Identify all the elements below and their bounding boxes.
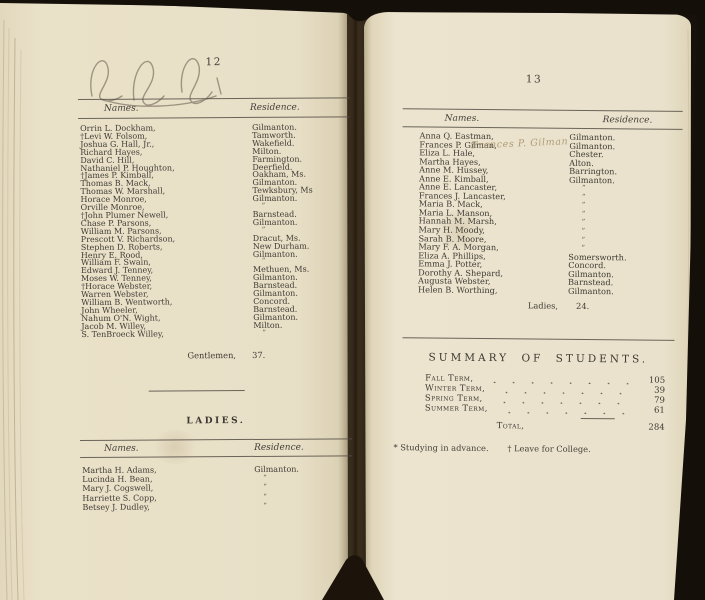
residence-ditto-mark: ” [569, 227, 587, 236]
total-label: Total, [497, 421, 525, 431]
residence-ditto-mark: ” [569, 193, 587, 202]
footnotes: * Studying in advance. † Leave for Colle… [393, 442, 683, 455]
footnote-college: † Leave for College. [507, 443, 591, 454]
residence-column-header: Residence. [603, 115, 653, 125]
residence-ditto-mark: ” [568, 235, 586, 244]
ladies-count-row: Ladies, 24. [418, 299, 668, 311]
summary-total-row: Total, 284 [425, 420, 665, 432]
names-column-header: Names. [445, 114, 480, 124]
term-label: Summer Term, [425, 403, 488, 414]
term-label: Fall Term, [425, 373, 473, 383]
count-value: 24. [576, 301, 589, 311]
summary-term-rows: Fall Term,105Winter Term,39Spring Term,7… [425, 373, 665, 415]
book-scan: 12 Names. Residence. Orrin L. Dockham,Gi… [0, 0, 705, 600]
residence-ditto-mark: ” [569, 210, 587, 219]
table-rule [403, 108, 683, 112]
term-value: 79 [639, 396, 665, 406]
summary-title: SUMMARY OF STUDENTS. [402, 351, 674, 366]
residence-ditto-mark: ” [569, 201, 587, 210]
student-name: Helen B. Worthing, [418, 285, 568, 295]
residence-ditto-mark: ” [569, 184, 587, 193]
right-page: 13 Names. Residence. Anna Q. Eastman,Gil… [0, 0, 705, 600]
total-value: 284 [639, 422, 665, 432]
page-number: 13 [403, 72, 665, 87]
term-value: 105 [639, 376, 665, 386]
term-label: Winter Term, [425, 383, 485, 394]
term-label: Spring Term, [425, 393, 483, 404]
table-row: Helen B. Worthing,Gilmanton. [418, 285, 683, 296]
summary-term-row: Summer Term,61 [425, 403, 665, 415]
term-value: 61 [639, 406, 665, 416]
footnote-advance: * Studying in advance. [393, 442, 488, 453]
residence-value: Gilmanton. [568, 287, 614, 296]
dot-leader [496, 405, 631, 414]
section-divider-rule [403, 337, 675, 341]
dot-leader [481, 375, 631, 384]
dot-leader [493, 385, 631, 394]
count-label: Ladies, [528, 300, 558, 310]
total-rule [581, 418, 615, 420]
residence-ditto-mark: ” [569, 218, 587, 227]
term-value: 39 [639, 386, 665, 396]
dot-leader [491, 395, 631, 404]
students-rows: Anna Q. Eastman,Gilmanton.Frances P. Gil… [418, 131, 685, 296]
